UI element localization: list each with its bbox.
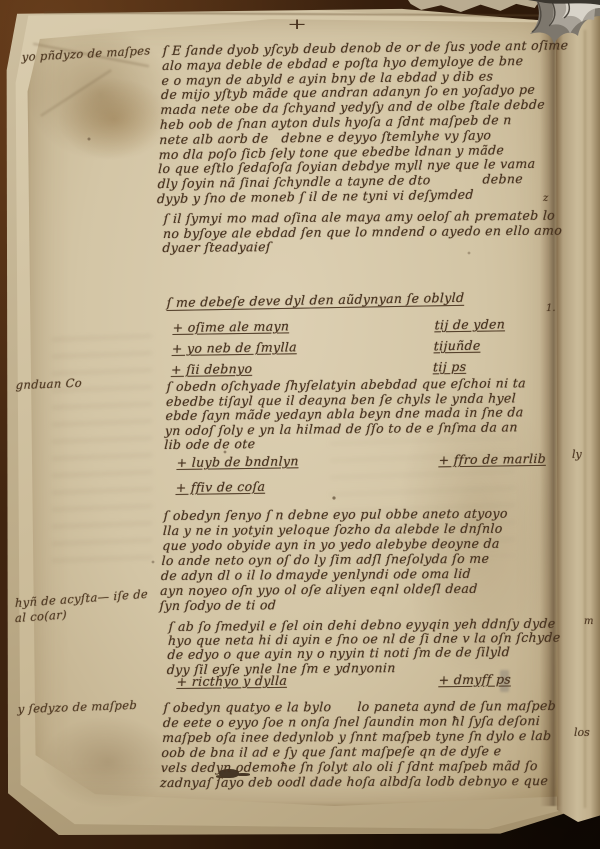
binding-tassel-icon — [528, 0, 600, 60]
entry-label: + oſime ale mayn — [172, 318, 289, 335]
account-row: + yo neb de ſmyllatijuñde — [171, 339, 297, 362]
text-line: gnduan Co — [15, 376, 82, 393]
entry-value: + dmyff ps — [438, 671, 511, 687]
entry-label: + ſii debnyo — [171, 361, 253, 377]
paragraph-5: ſ ab ſo ſmedyil e ſel oin dehi debno eyy… — [167, 617, 562, 677]
paragraph-6: ſ obedyn quatyo e la bylo lo paneta aynd… — [160, 698, 557, 790]
account-row: + ffiv de coſa — [175, 478, 298, 505]
text-line: y ſedyzo de maſpeb — [17, 698, 137, 717]
account-row: + ricthyo y dylla+ dmyff ps — [176, 673, 287, 689]
entry-value: tij ps — [433, 359, 467, 374]
paragraph-2: ſ il ſymyi mo mad oſina ale maya amy oel… — [162, 209, 563, 256]
ink-layer: + yo pñdyzo de maſpes gnduan Co hyñ de a… — [0, 0, 600, 849]
paragraph-1: ſ E ſande dyob yſcyb deub denob de or de… — [157, 38, 569, 207]
text-line: ayn noyeo oſn yyo ol oſe aliyen eqnl old… — [160, 581, 505, 598]
text-line: dyyb y ſno de moneb ſ il de ne tyni vi d… — [157, 186, 563, 206]
margin-note-1: yo pñdyzo de maſpes — [22, 43, 151, 65]
section-heading: ſ me debeſe deve dyl den aũdynyan ſe obl… — [166, 290, 464, 310]
paragraph-4: ſ obedyn ſenyo ſ n debne eyo pul obbe an… — [159, 506, 508, 613]
margin-note-4: y ſedyzo de maſpeb — [17, 698, 137, 717]
entry-value: tij de yden — [434, 316, 505, 332]
edge-fragment: 1. — [546, 303, 556, 314]
account-row: + oſime ale mayntij de yden — [172, 318, 298, 341]
manuscript-photo: + yo pñdyzo de maſpes gnduan Co hyñ de a… — [0, 0, 600, 849]
account-list-a: + oſime ale mayntij de yden+ yo neb de ſ… — [171, 318, 299, 383]
edge-fragment: los — [574, 726, 590, 739]
edge-fragment: m — [584, 616, 593, 627]
text-line: lib ode de ote — [164, 435, 524, 453]
margin-note-2: gnduan Co — [15, 376, 82, 393]
entry-label: + ffiv de coſa — [175, 479, 265, 495]
text-line: ſyn ſodyo de ti od — [159, 596, 504, 613]
folio-cross-mark: + — [287, 15, 307, 33]
margin-note-3: hyñ de acyſta— iſe deal co(ar) — [15, 587, 148, 626]
edge-fragment: z — [543, 193, 548, 204]
entry-value: + ffro de marlib — [438, 451, 546, 468]
text-line: dyaer ſteadyaieſ — [162, 238, 562, 256]
entry-label: + ricthyo y dylla — [176, 673, 287, 689]
account-list-c: + ricthyo y dylla+ dmyff ps — [176, 673, 287, 689]
edge-fragment: ly — [572, 448, 582, 461]
entry-label: + yo neb de ſmylla — [172, 339, 298, 356]
entry-value: tijuñde — [434, 338, 481, 354]
paragraph-3: ſ obedn oſchyade ſhyſelatyin abebdad que… — [164, 376, 526, 453]
text-line: zadnyaſ ſayo deb oodl dade hoſa albdſa l… — [160, 773, 553, 790]
account-row: + luyb de bndnlyn+ ffro de marlib — [176, 453, 299, 480]
entry-label: + luyb de bndnlyn — [176, 453, 299, 470]
account-list-b: + luyb de bndnlyn+ ffro de marlib+ ffiv … — [175, 453, 299, 505]
text-line: yo pñdyzo de maſpes — [22, 43, 151, 65]
